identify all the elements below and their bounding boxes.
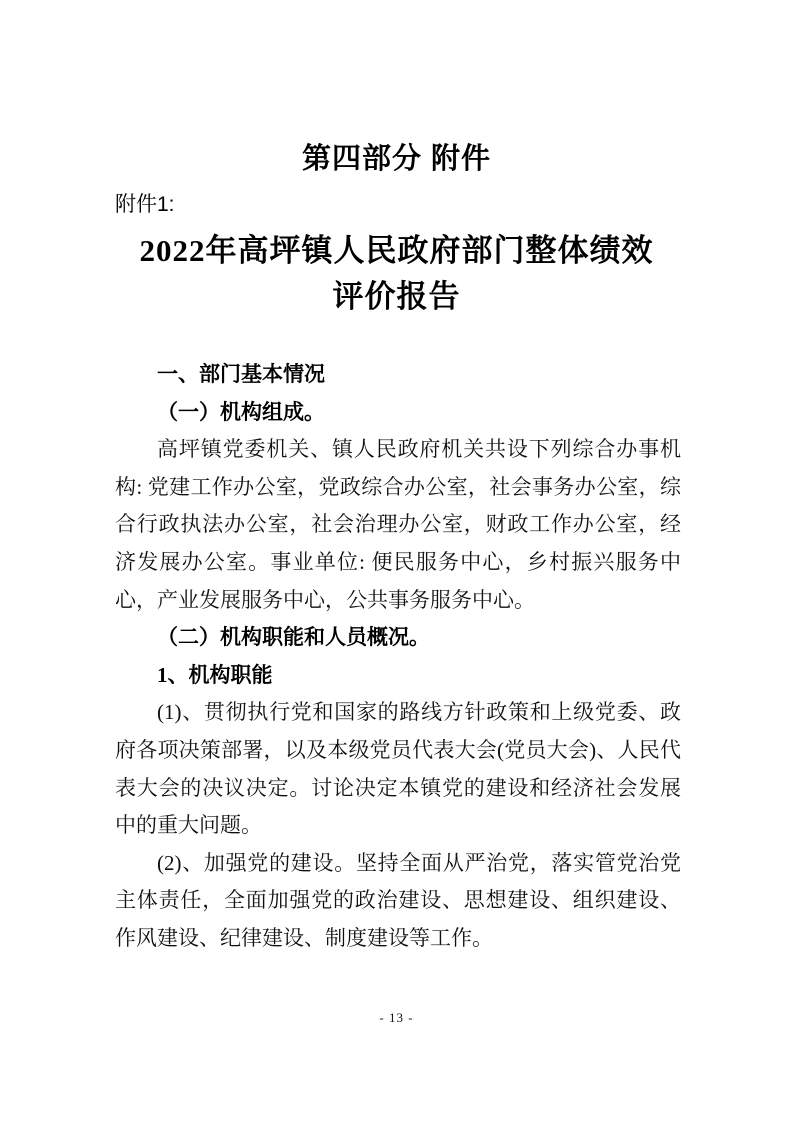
document-body: 一、部门基本情况 （一）机构组成。 高坪镇党委机关、镇人民政府机关共设下列综合办… <box>115 356 681 958</box>
page-number: - 13 - <box>0 1010 793 1025</box>
document-title-line2: 评价报告 <box>60 274 733 320</box>
sub-subsection-heading-1: 1、机构职能 <box>115 657 681 695</box>
paragraph-organization: 高坪镇党委机关、镇人民政府机关共设下列综合办事机构: 党建工作办公室，党政综合办… <box>115 431 681 619</box>
part-heading: 第四部分 附件 <box>0 0 793 175</box>
subsection-heading-1: （一）机构组成。 <box>115 394 681 432</box>
paragraph-function-2: (2)、加强党的建设。坚持全面从严治党，落实管党治党主体责任，全面加强党的政治建… <box>115 845 681 958</box>
document-page: 第四部分 附件 附件1: 2022年高坪镇人民政府部门整体绩效 评价报告 一、部… <box>0 0 793 1122</box>
paragraph-function-1: (1)、贯彻执行党和国家的路线方针政策和上级党委、政府各项决策部署，以及本级党员… <box>115 694 681 844</box>
subsection-heading-2: （二）机构职能和人员概况。 <box>115 619 681 657</box>
document-title: 2022年高坪镇人民政府部门整体绩效 评价报告 <box>60 228 733 320</box>
document-title-line1: 2022年高坪镇人民政府部门整体绩效 <box>60 228 733 274</box>
section-heading-1: 一、部门基本情况 <box>115 356 681 394</box>
attachment-label: 附件1: <box>115 193 793 216</box>
